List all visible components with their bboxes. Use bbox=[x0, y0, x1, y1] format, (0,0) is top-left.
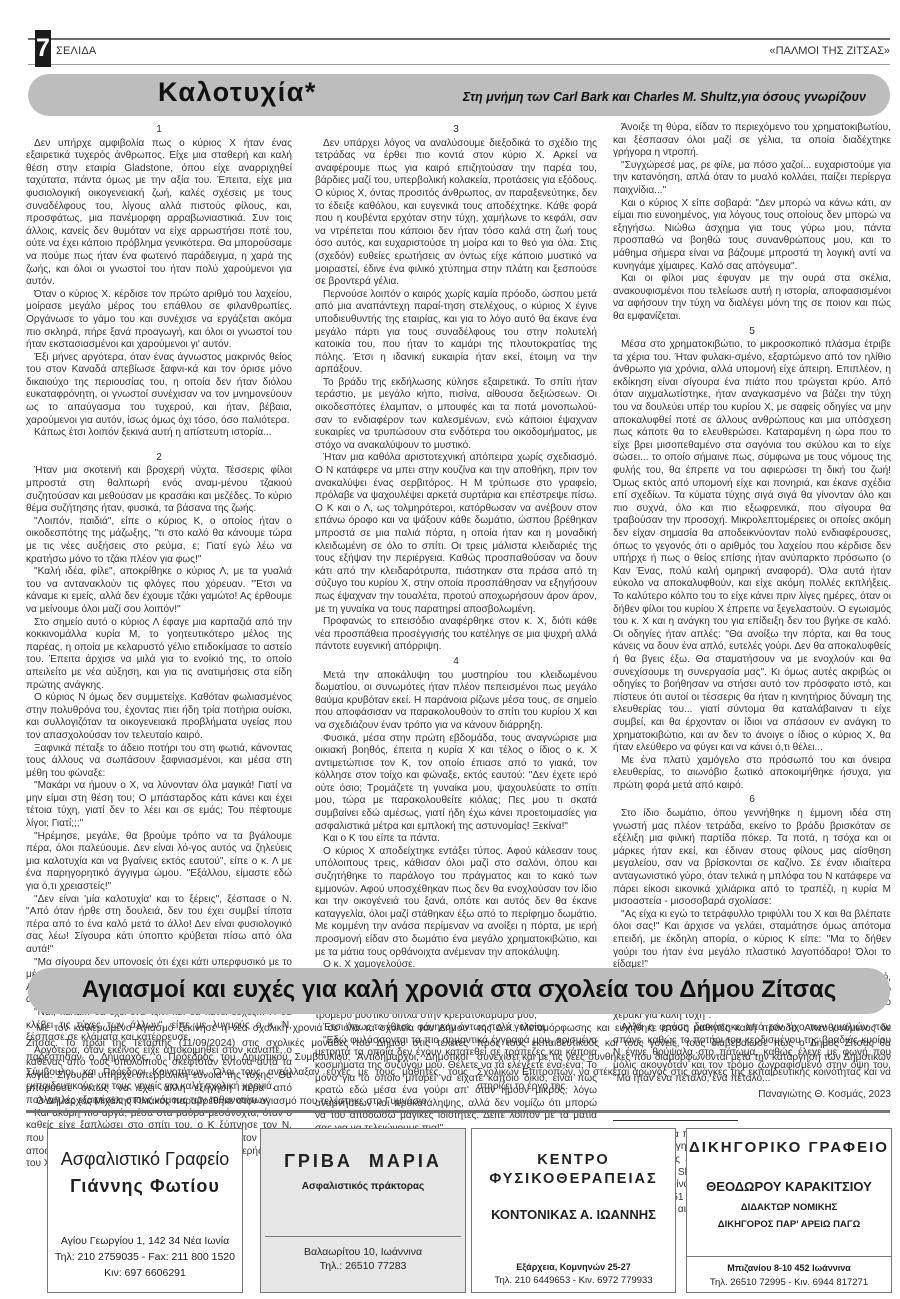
ad-name: Γιάννης Φωτίου bbox=[48, 1176, 242, 1197]
paragraph: Και οι φίλοι μας έφυγαν με την ουρά στα … bbox=[613, 273, 891, 323]
paragraph: Ήταν μια σκοτεινή και βροχερή νύχτα. Τέσ… bbox=[26, 465, 292, 515]
paragraph: Προφανώς το επεισόδιο αναφέρθηκε στον κ.… bbox=[315, 616, 597, 654]
ad-phone: Τηλ. 210 6449653 - Κιν. 6972 779933 bbox=[472, 1275, 675, 1286]
ad-phone: Τηλ: 210 2759035 - Fax: 211 800 1520 bbox=[48, 1249, 242, 1265]
paragraph: Ο κύριος Χ αποδείχτηκε εντάξει τύπος. Αφ… bbox=[315, 846, 597, 959]
ad-address: Βαλαωρίτου 10, Ιωάννινα bbox=[261, 1245, 465, 1259]
ad-insurance-agent: ΓΡΙΒΑ ΜΑΡΙΑ Ασφαλιστικός πράκτορας Βαλαω… bbox=[260, 1128, 466, 1293]
article-title: Αγιασμοί και ευχές για καλή χρονιά στα σ… bbox=[28, 976, 890, 1004]
paragraph: Δεν υπάρχει λόγος να αναλύσουμε διεξοδικ… bbox=[315, 138, 597, 289]
article-title-banner: Αγιασμοί και ευχές για καλή χρονιά στα σ… bbox=[28, 968, 890, 1014]
paragraph: "Καλή ιδέα, φίλε", αποκρίθηκε ο κύριος Λ… bbox=[26, 566, 292, 616]
story-title: Καλοτυχία* bbox=[158, 77, 317, 108]
paragraph: "Δεν είναι 'μία καλοτυχία' και το ξέρεις… bbox=[26, 894, 292, 957]
ad-physiotherapy: ΚΕΝΤΡΟ ΦΥΣΙΚΟΘΕΡΑΠΕΙΑΣ ΚΟΝΤΟΝΙΚΑΣ Α. ΙΩΑ… bbox=[471, 1128, 676, 1293]
page-header: 7 ΣΕΛΙΔΑ «ΠΑΛΜΟΙ ΤΗΣ ΖΙΤΣΑΣ» bbox=[28, 38, 890, 65]
ad-heading: ΔΙΚΗΓΟΡΙΚΟ ΓΡΑΦΕΙΟ bbox=[687, 1139, 891, 1156]
paragraph: Περνούσε λοιπόν ο καιρός χωρίς καμία πρό… bbox=[315, 289, 597, 377]
paragraph: Φυσικά, μέσα στην πρώτη εβδομάδα, τους α… bbox=[315, 733, 597, 834]
ad-insurance-office: Ασφαλιστικό Γραφείο Γιάννης Φωτίου Αγίου… bbox=[47, 1128, 243, 1293]
paragraph: "Συγχώρεσέ μας, ρε φίλε, μα πόσο χαζοί..… bbox=[613, 160, 891, 198]
section-number: 2 bbox=[26, 452, 292, 465]
ad-name: ΚΟΝΤΟΝΙΚΑΣ Α. ΙΩΑΝΝΗΣ bbox=[472, 1207, 675, 1222]
paragraph: Και ο κύριος Χ είπε σοβαρά: "Δεν μπορώ ν… bbox=[613, 198, 891, 274]
ad-credential-line: ΔΙΚΗΓΟΡΟΣ ΠΑΡ' ΑΡΕΙΩ ΠΑΓΩ bbox=[687, 1216, 891, 1233]
ad-credential-line: ΔΙΔΑΚΤΩΡ ΝΟΜΙΚΗΣ bbox=[687, 1199, 891, 1216]
story-subtitle: Στη μνήμη των Carl Bark και Charles M. S… bbox=[463, 90, 866, 104]
paragraph: Ξαφνικά πέταξε το άδειο ποτήρι του στη φ… bbox=[26, 743, 292, 781]
footnote-divider bbox=[613, 1120, 738, 1121]
paragraph: "Λοιπόν, παιδιά", είπε ο κύριος Κ, ο οπο… bbox=[26, 516, 292, 566]
ad-heading: ΚΕΝΤΡΟ ΦΥΣΙΚΟΘΕΡΑΠΕΙΑΣ bbox=[472, 1151, 675, 1189]
section-number: 4 bbox=[315, 656, 597, 669]
ad-name: ΘΕΟΔΩΡΟΥ ΚΑΡΑΚΙΤΣΙΟΥ bbox=[687, 1179, 891, 1194]
ad-phone: Τηλ. 26510 72995 - Κιν. 6944 817271 bbox=[687, 1277, 891, 1288]
ad-mobile: Κιν: 697 6606291 bbox=[48, 1265, 242, 1281]
ad-profession: Ασφαλιστικός πράκτορας bbox=[261, 1181, 465, 1192]
paragraph: Μέσα στο χρηματοκιβώτιο, το μικροσκοπικό… bbox=[613, 339, 891, 755]
paragraph: "Ηρέμησε, μεγάλε, θα βρούμε τρόπο να τα … bbox=[26, 831, 292, 894]
ad-divider bbox=[265, 1236, 461, 1237]
ad-phone: Τηλ.: 26510 77283 bbox=[261, 1259, 465, 1273]
ad-contact: Βαλαωρίτου 10, Ιωάννινα Τηλ.: 26510 7728… bbox=[261, 1245, 465, 1273]
ad-name: ΓΡΙΒΑ ΜΑΡΙΑ bbox=[261, 1151, 465, 1172]
article-column-right: της Δ.Κ. Μεταμόρφωσης και ευχήθηκε στους… bbox=[477, 1022, 891, 1095]
section-number: 1 bbox=[26, 124, 292, 137]
ads-divider bbox=[26, 1110, 890, 1113]
section-number: 5 bbox=[613, 326, 891, 339]
ad-heading-line: ΦΥΣΙΚΟΘΕΡΑΠΕΙΑΣ bbox=[472, 1170, 675, 1189]
section-number: 6 bbox=[613, 794, 891, 807]
paragraph: Στο σημείο αυτό ο κύριος Λ έφαγε μια καρ… bbox=[26, 617, 292, 693]
section-number: 3 bbox=[315, 124, 597, 137]
paragraph: "Ας είχα κι εγώ το τετράφυλλο τριφύλλι τ… bbox=[613, 909, 891, 972]
page-number: 7 bbox=[35, 30, 51, 67]
ad-address: Εξάρχεια, Κομνηνών 25-27 bbox=[472, 1262, 675, 1272]
paragraph: Με τον καθιερωμένο Αγιασμό ξεκίνησε η νέ… bbox=[26, 1022, 468, 1095]
newspaper-name: «ΠΑΛΜΟΙ ΤΗΣ ΖΙΤΣΑΣ» bbox=[770, 45, 890, 57]
paragraph: Ο κύριος Ν όμως δεν συμμετείχε. Καθόταν … bbox=[26, 692, 292, 742]
paragraph: "Μακάρι να ήμουν ο Χ, να λύνονταν όλα μα… bbox=[26, 780, 292, 830]
paragraph: Το βράδυ της εκδήλωσης κύλησε εξαιρετικά… bbox=[315, 377, 597, 453]
article-column-left: Με τον καθιερωμένο Αγιασμό ξεκίνησε η νέ… bbox=[26, 1022, 468, 1110]
story-title-banner: Καλοτυχία* Στη μνήμη των Carl Bark και C… bbox=[28, 74, 890, 116]
paragraph: Ήταν μια καθόλα αριστοτεχνική απόπειρα χ… bbox=[315, 452, 597, 616]
ad-law-office: ΔΙΚΗΓΟΡΙΚΟ ΓΡΑΦΕΙΟ ΘΕΟΔΩΡΟΥ ΚΑΡΑΚΙΤΣΙΟΥ … bbox=[686, 1128, 892, 1293]
paragraph: Με ένα πλατύ χαμόγελο στο πρόσωπό του κα… bbox=[613, 755, 891, 793]
paragraph: Όταν ο κύριος Χ. κέρδισε τον πρώτο αριθμ… bbox=[26, 289, 292, 352]
paragraph: Μετά την αποκάλυψη του μυστηρίου του κλε… bbox=[315, 670, 597, 733]
ad-credentials: ΔΙΔΑΚΤΩΡ ΝΟΜΙΚΗΣ ΔΙΚΗΓΟΡΟΣ ΠΑΡ' ΑΡΕΙΩ ΠΑ… bbox=[687, 1199, 891, 1233]
ad-divider bbox=[687, 1256, 891, 1257]
paragraph: της Δ.Κ. Μεταμόρφωσης και ευχήθηκε στους… bbox=[477, 1022, 891, 1095]
paragraph: Άνοιξε τη θύρα, είδαν το περιεχόμενο του… bbox=[613, 122, 891, 160]
paragraph: Στο ίδιο δωμάτιο, όπου γεννήθηκε η έμμον… bbox=[613, 808, 891, 909]
paragraph: Ο Δήμαρχος Μιχάλης Πλιάκος παραβρέθηκε σ… bbox=[26, 1095, 468, 1110]
page-label: ΣΕΛΙΔΑ bbox=[56, 45, 96, 57]
ad-heading: Ασφαλιστικό Γραφείο bbox=[48, 1149, 242, 1170]
paragraph: Έξι μήνες αργότερα, όταν ένας άγνωστος μ… bbox=[26, 352, 292, 428]
paragraph: Δεν υπήρχε αμφιβολία πως ο κύριος Χ ήταν… bbox=[26, 138, 292, 289]
paragraph: Και ο Κ του είπε τα πάντα. bbox=[315, 833, 597, 846]
ad-heading-line: ΚΕΝΤΡΟ bbox=[472, 1151, 675, 1170]
ad-contact: Αγίου Γεωργίου 1, 142 34 Νέα Ιωνία Τηλ: … bbox=[48, 1233, 242, 1281]
ad-address: Μπιζανίου 8-10 452 Ιωάννινα bbox=[687, 1263, 891, 1273]
paragraph: Κάπως έτσι λοιπόν ξεκινά αυτή η απίστευτ… bbox=[26, 427, 292, 440]
ad-address: Αγίου Γεωργίου 1, 142 34 Νέα Ιωνία bbox=[48, 1233, 242, 1249]
